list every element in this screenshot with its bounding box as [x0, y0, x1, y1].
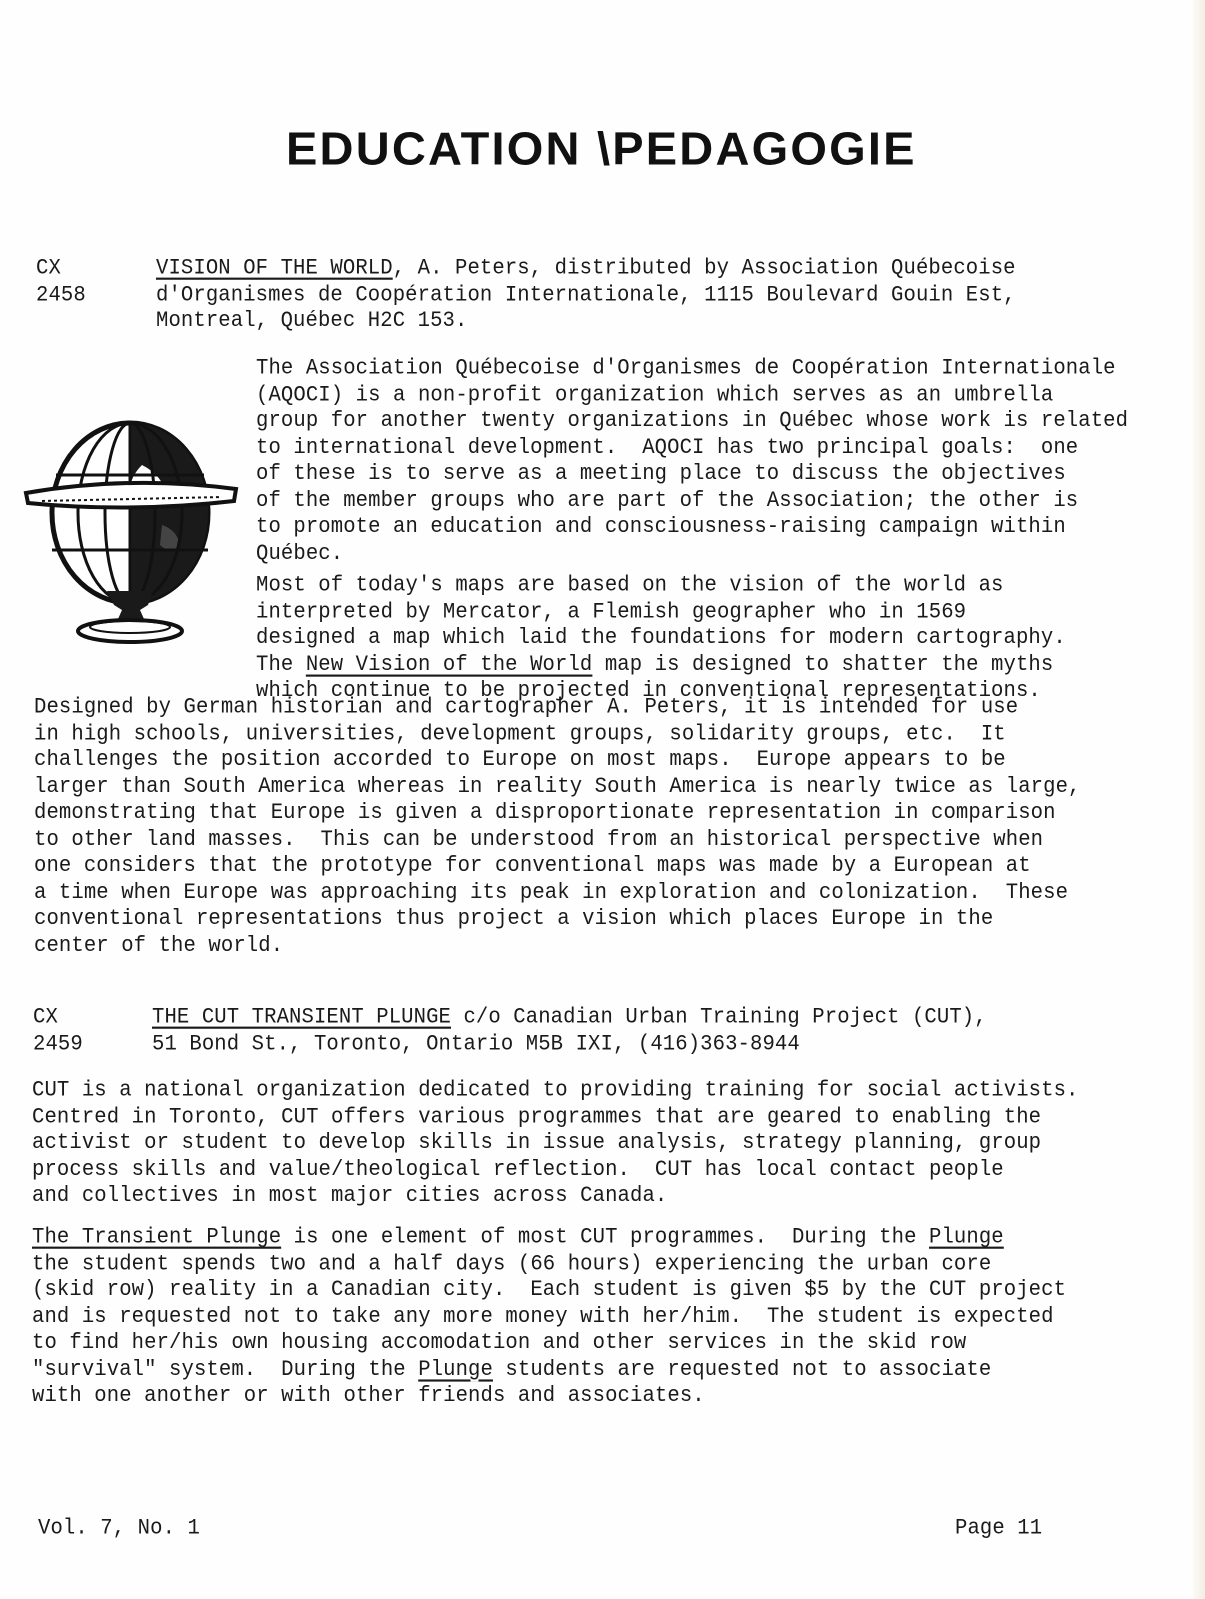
paragraph-line: Centred in Toronto, CUT offers various p…: [32, 1104, 1041, 1129]
paragraph-line: the student spends two and a half days (…: [32, 1251, 991, 1276]
paragraph-line: process skills and value/theological ref…: [32, 1157, 1004, 1182]
page-edge: [1193, 0, 1205, 1599]
entry-number: 2458: [36, 282, 86, 307]
paragraph-line: (AQOCI) is a non-profit organization whi…: [256, 382, 1053, 407]
program-name-underlined: Plunge: [929, 1225, 1004, 1250]
paragraph-line: center of the world.: [34, 933, 283, 958]
paragraph-line: Designed by German historian and cartogr…: [34, 695, 1018, 720]
entry-heading-line: Montreal, Québec H2C 153.: [156, 309, 467, 334]
paragraph-text: map is designed to shatter the myths: [592, 652, 1053, 677]
entry-code: CX 2458: [36, 256, 86, 309]
page-title: EDUCATION \PEDAGOGIE: [286, 125, 916, 174]
paragraph-line: The Association Québecoise d'Organismes …: [256, 356, 1116, 381]
entry-code-label: CX: [33, 1005, 58, 1030]
paragraph-line: to international development. AQOCI has …: [256, 435, 1078, 460]
entry-title: VISION OF THE WORLD: [156, 256, 393, 281]
paragraph-line: designed a map which laid the foundation…: [256, 626, 1066, 651]
paragraph-line: challenges the position accorded to Euro…: [34, 748, 1006, 773]
entry-map-paragraph: Most of today's maps are based on the vi…: [256, 573, 1066, 705]
paragraph-line: Most of today's maps are based on the vi…: [256, 573, 1004, 598]
paragraph-line: larger than South America whereas in rea…: [34, 774, 1081, 799]
paragraph-text: "survival" system. During the: [32, 1357, 418, 1382]
paragraph-line: demonstrating that Europe is given a dis…: [34, 801, 1056, 826]
entry-heading-line: d'Organismes de Coopération Internationa…: [156, 282, 1016, 307]
paragraph-line: of these is to serve as a meeting place …: [256, 462, 1066, 487]
entry-code: CX 2459: [33, 1005, 83, 1058]
entry-heading-line: c/o Canadian Urban Training Project (CUT…: [451, 1005, 987, 1030]
paragraph-line: to promote an education and consciousnes…: [256, 515, 1066, 540]
paragraph-line: to find her/his own housing accomodation…: [32, 1331, 966, 1356]
entry-description-paragraph: The Association Québecoise d'Organismes …: [256, 356, 1128, 568]
paragraph-text: is one element of most CUT programmes. D…: [281, 1225, 929, 1250]
footer-page-number: Page 11: [955, 1516, 1042, 1542]
paragraph-line: (skid row) reality in a Canadian city. E…: [32, 1278, 1066, 1303]
paragraph-line: and is requested not to take any more mo…: [32, 1304, 1054, 1329]
entry-heading-line: , A. Peters, distributed by Association …: [393, 256, 1016, 281]
entry-heading: VISION OF THE WORLD, A. Peters, distribu…: [156, 256, 1016, 335]
entry-code-label: CX: [36, 256, 61, 281]
entry-title: THE CUT TRANSIENT PLUNGE: [152, 1005, 451, 1030]
program-name-underlined: The Transient Plunge: [32, 1225, 281, 1250]
entry-map-paragraph-cont: Designed by German historian and cartogr…: [34, 695, 1081, 960]
paragraph-line: and collectives in most major cities acr…: [32, 1184, 667, 1209]
map-title-underlined: New Vision of the World: [306, 652, 593, 677]
footer-volume: Vol. 7, No. 1: [38, 1516, 200, 1542]
entry-heading-line: 51 Bond St., Toronto, Ontario M5B IXI, (…: [152, 1031, 800, 1056]
paragraph-line: a time when Europe was approaching its p…: [34, 880, 1068, 905]
entry-description-paragraph: CUT is a national organization dedicated…: [32, 1078, 1079, 1210]
paragraph-text: The: [256, 652, 306, 677]
paragraph-line: interpreted by Mercator, a Flemish geogr…: [256, 599, 966, 624]
paragraph-line: in high schools, universities, developme…: [34, 721, 1006, 746]
paragraph-line: to other land masses. This can be unders…: [34, 827, 1043, 852]
paragraph-line: Québec.: [256, 541, 343, 566]
program-name-underlined: Plunge: [418, 1357, 493, 1382]
paragraph-line: of the member groups who are part of the…: [256, 488, 1078, 513]
paragraph-line: conventional representations thus projec…: [34, 907, 993, 932]
paragraph-text: students are requested not to associate: [493, 1357, 991, 1382]
entry-heading: THE CUT TRANSIENT PLUNGE c/o Canadian Ur…: [152, 1005, 987, 1058]
entry-number: 2459: [33, 1031, 83, 1056]
globe-icon: [22, 405, 242, 645]
entry-plunge-paragraph: The Transient Plunge is one element of m…: [32, 1225, 1066, 1410]
paragraph-line: with one another or with other friends a…: [32, 1384, 705, 1409]
paragraph-line: one considers that the prototype for con…: [34, 854, 1031, 879]
paragraph-line: activist or student to develop skills in…: [32, 1131, 1041, 1156]
paragraph-line: group for another twenty organizations i…: [256, 409, 1128, 434]
paragraph-line: CUT is a national organization dedicated…: [32, 1078, 1079, 1103]
